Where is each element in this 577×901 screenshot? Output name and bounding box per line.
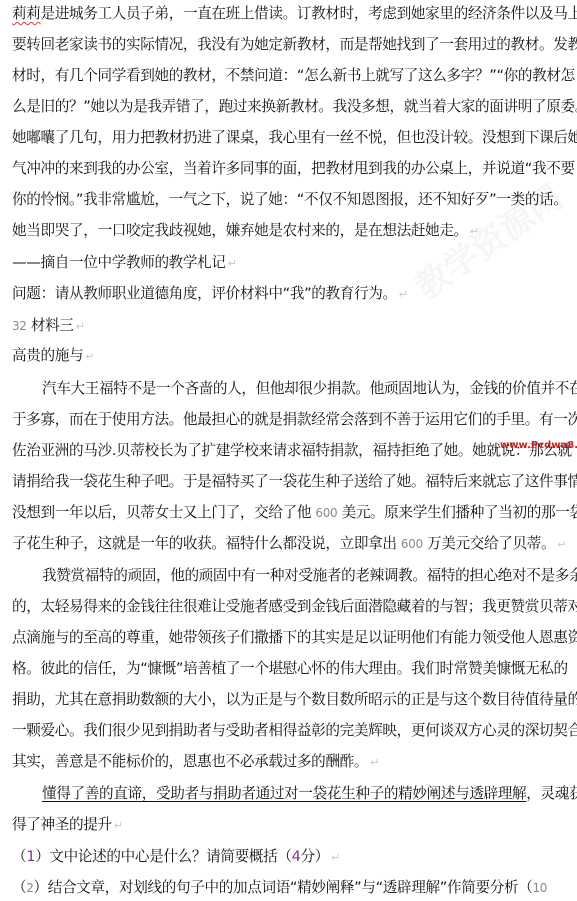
paragraph-mark-icon: ↵ bbox=[76, 320, 85, 333]
line-text: （ bbox=[12, 879, 26, 896]
text-line: 我赞赏福特的顽固，他的顽固中有一种对受施者的老辣调教。福特的担心绝对不是多余 bbox=[12, 567, 573, 585]
text-line: 佐治亚洲的马沙.贝蒂校长为了扩建学校来请求福特捐款，福持拒绝了她。她就说：那么就 bbox=[12, 442, 573, 460]
item-number: 32 bbox=[12, 319, 27, 333]
text-line: 点滴施与的至高的尊重，她带领孩子们撒播下的其实是足以证明他们有能力领受他人恩惠资 bbox=[12, 629, 573, 647]
line-text: 分） bbox=[301, 848, 330, 865]
text-line: 于多寡，而在于使用方法。他最担心的就是捐款经常会落到不善于运用它们的手里。有一次… bbox=[12, 411, 573, 429]
paragraph-mark-icon: ↵ bbox=[399, 288, 408, 301]
line-text: ——摘自一位中学教师的教学札记 bbox=[12, 254, 226, 271]
text-line: 气冲冲的来到我的办公室，当着许多同事的面，把教材甩到我的办公桌上，并说道“我不要 bbox=[12, 160, 573, 178]
text-line: 捐助，尤其在意捐助数额的大小，以为正是与个数目数所昭示的正是与这个数目待值待量的 bbox=[12, 691, 573, 709]
line-text: 她当即哭了，一口咬定我歧视她，嫌弃她是农村来的，是在想法赶她走。 bbox=[12, 222, 468, 239]
article-title: 高贵的施与↵ bbox=[12, 347, 573, 366]
paragraph-mark-icon: ↵ bbox=[370, 756, 379, 769]
line-text: 万美元交给了贝蒂。 bbox=[423, 535, 555, 552]
text-line: 汽车大王福特不是一个吝啬的人，但他却很少捐款。他顽固地认为，金钱的价值并不在 bbox=[12, 380, 573, 398]
line-text: 高贵的施与 bbox=[12, 347, 83, 364]
question-number: 2 bbox=[26, 881, 33, 895]
text-line: 她嘟囔了几句，用力把教材扔进了课桌，我心里有一丝不悦，但也没计较。没想到下课后她 bbox=[12, 129, 573, 147]
text-line: 要转回老家读书的实际情况，我没有为她定新教材，而是帮她找到了一套用过的教材。发教 bbox=[12, 36, 573, 54]
line-text: ）文中论述的中心是什么？请简要概括（ bbox=[35, 848, 291, 865]
text-line: 格。彼此的信任，为“慷慨”培善植了一个堪慰心怀的伟大理由。我们时常赞美慷慨无私的 bbox=[12, 660, 573, 678]
text-line: 一颗爱心。我们很少见到捐助者与受助者相得益彰的完美辉映，更何谈双方心灵的深切契合… bbox=[12, 722, 573, 740]
text-line: 她当即哭了，一口咬定我歧视她，嫌弃她是农村来的，是在想法赶她走。↵ bbox=[12, 222, 573, 241]
score-number: 4 bbox=[292, 848, 301, 865]
text-line: 的，太轻易得来的金钱往往很难让受施者感受到金钱后面潜隐藏着的与智；我更赞赏贝蒂对 bbox=[12, 598, 573, 616]
text-line: 你的怜悯。”我非常尴尬，一气之下，说了她：“不仅不知恩图报，还不知好歹”一类的话… bbox=[12, 191, 573, 209]
text-line: 没想到一年以后，贝蒂女士又上门了，交给了他 600 美元。原来学生们播种了当初的… bbox=[12, 504, 573, 522]
line-text: 子花生种子，这就是一年的收获。福特什么都没说，立即拿出 bbox=[12, 535, 401, 552]
paragraph-mark-icon: ↵ bbox=[85, 350, 94, 363]
line-text: 是进城务工人员子弟，一直在班上借读。订教材时，考虑到她家里的经济条件以及马上 bbox=[41, 5, 577, 22]
text-line: 其实，善意是不能标价的，恩惠也不必承载过多的酬酢。↵ bbox=[12, 753, 573, 772]
text-line: 么是旧的？”她以为是我弄错了，跑过来换新教材。我没多想，就当着大家的面讲明了原委… bbox=[12, 98, 573, 116]
amount-number: 600 bbox=[315, 506, 337, 520]
line-text: 没想到一年以后，贝蒂女士又上门了，交给了他 bbox=[12, 504, 315, 521]
underlined-sentence: 懂得了善的直谛，受助者与捐助者通过对一袋花生种子的精妙阐述与透辟理解 bbox=[42, 785, 526, 802]
line-text: ，灵魂获 bbox=[526, 785, 577, 802]
text-line: 莉莉是进城务工人员子弟，一直在班上借读。订教材时，考虑到她家里的经济条件以及马上 bbox=[12, 5, 573, 23]
document-page: 教学资源网 莉莉是进城务工人员子弟，一直在班上借读。订教材时，考虑到她家里的经济… bbox=[0, 0, 577, 901]
score-number: 10 bbox=[532, 881, 547, 895]
paragraph-mark-icon: ↵ bbox=[331, 851, 340, 864]
text-line: 请捐给我一袋花生种子吧。于是福特买了一袋花生种子送给了她。福特后来就忘了这件事情… bbox=[12, 473, 573, 491]
text-line: 子花生种子，这就是一年的收获。福特什么都没说，立即拿出 600 万美元交给了贝蒂… bbox=[12, 535, 573, 554]
paragraph-mark-icon: ↵ bbox=[228, 257, 237, 270]
line-text: 得了神圣的提升 bbox=[12, 816, 112, 833]
amount-number: 600 bbox=[401, 537, 423, 551]
question-number: 1 bbox=[26, 848, 35, 865]
line-text: ）结合文章，对划线的句子中的加点词语“精妙阐释”与“透辟理解”作简要分析（ bbox=[34, 879, 533, 896]
line-text: （ bbox=[12, 848, 26, 865]
paragraph-mark-icon: ↵ bbox=[557, 538, 566, 551]
line-text: 其实，善意是不能标价的，恩惠也不必承载过多的酬酢。 bbox=[12, 753, 368, 770]
red-watermark: www.Pcdwa8.c bbox=[500, 440, 577, 451]
paragraph-mark-icon: ↵ bbox=[470, 225, 479, 238]
text-line: 得了神圣的提升↵ bbox=[12, 816, 573, 835]
source-attribution: ——摘自一位中学教师的教学札记↵ bbox=[12, 254, 573, 273]
underlined-sentence-line: 懂得了善的直谛，受助者与捐助者通过对一袋花生种子的精妙阐述与透辟理解，灵魂获 bbox=[12, 785, 573, 803]
text-line: 材时，有几个同学看到她的教材，不禁问道：“怎么新书上就写了这么多字？”“你的教材… bbox=[12, 67, 573, 85]
paragraph-mark-icon: ↵ bbox=[114, 819, 123, 832]
question-2: （2）结合文章，对划线的句子中的加点词语“精妙阐释”与“透辟理解”作简要分析（1… bbox=[12, 879, 573, 897]
section-heading: 32 材料三↵ bbox=[12, 317, 573, 336]
question-line: 问题：请从教师职业道德角度，评价材料中“我”的教育行为。↵ bbox=[12, 285, 573, 304]
line-text: 材料三 bbox=[31, 317, 74, 334]
question-1: （1）文中论述的中心是什么？请简要概括（4分）↵ bbox=[12, 848, 573, 867]
line-text: 美元。原来学生们播种了当初的那一袋 bbox=[337, 504, 577, 521]
line-text: 问题：请从教师职业道德角度，评价材料中“我”的教育行为。 bbox=[12, 285, 397, 302]
misspelled-word: 莉莉 bbox=[12, 5, 41, 22]
